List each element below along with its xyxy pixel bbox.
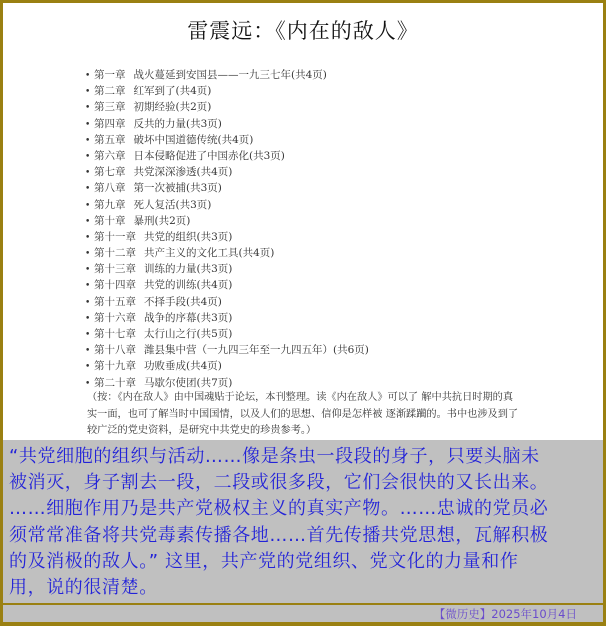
toc-item: •第十九章功败垂成(共4页)	[85, 358, 369, 374]
bullet-icon: •	[85, 359, 94, 375]
toc-item: •第十七章太行山之行(共5页)	[85, 326, 369, 342]
document-image: 雷震远：《内在的敌人》 •第一章战火蔓延到安国县——一九三七年(共4页) •第二…	[3, 3, 603, 440]
bullet-icon: •	[85, 343, 94, 359]
bullet-icon: •	[85, 295, 94, 311]
toc-item: •第四章反共的力量(共3页)	[85, 116, 369, 132]
divider	[3, 603, 603, 605]
toc-item: •第二十章马歇尔使团(共7页)	[85, 375, 369, 391]
bullet-icon: •	[85, 84, 94, 100]
document-title: 雷震远：《内在的敌人》	[3, 15, 603, 45]
quote-caption: “共党细胞的组织与活动……像是条虫一段段的身子，只要头脑未 被消灭，身子割去一段…	[9, 444, 599, 601]
toc-item: •第十章暴刑(共2页)	[85, 213, 369, 229]
editor-note: （按：《内在敌人》由中国魂贴于论坛，本刊整理。读《内在敌人》可以了 解中共抗日时…	[87, 390, 552, 440]
bullet-icon: •	[85, 262, 94, 278]
bullet-icon: •	[85, 117, 94, 133]
toc-item: •第十五章不择手段(共4页)	[85, 294, 369, 310]
bullet-icon: •	[85, 230, 94, 246]
bullet-icon: •	[85, 100, 94, 116]
toc-item: •第七章共党深深渗透(共4页)	[85, 164, 369, 180]
table-of-contents: •第一章战火蔓延到安国县——一九三七年(共4页) •第二章红军到了(共4页) •…	[85, 67, 369, 391]
bullet-icon: •	[85, 246, 94, 262]
bullet-icon: •	[85, 149, 94, 165]
bullet-icon: •	[85, 327, 94, 343]
toc-item: •第十一章共党的组织(共3页)	[85, 229, 369, 245]
bullet-icon: •	[85, 311, 94, 327]
toc-item: •第十八章潍县集中营（一九四三年至一九四五年）(共6页)	[85, 342, 369, 358]
post-frame: 雷震远：《内在的敌人》 •第一章战火蔓延到安国县——一九三七年(共4页) •第二…	[3, 3, 603, 622]
toc-item: •第六章日本侵略促进了中国赤化(共3页)	[85, 148, 369, 164]
bullet-icon: •	[85, 214, 94, 230]
toc-item: •第三章初期经验(共2页)	[85, 99, 369, 115]
bullet-icon: •	[85, 278, 94, 294]
bullet-icon: •	[85, 68, 94, 84]
toc-item: •第十四章共党的训练(共4页)	[85, 277, 369, 293]
bullet-icon: •	[85, 133, 94, 149]
toc-item: •第十二章共产主义的文化工具(共4页)	[85, 245, 369, 261]
toc-item: •第五章破坏中国道德传统(共4页)	[85, 132, 369, 148]
toc-item: •第二章红军到了(共4页)	[85, 83, 369, 99]
toc-item: •第八章第一次被捕(共3页)	[85, 180, 369, 196]
bullet-icon: •	[85, 198, 94, 214]
toc-item: •第十三章训练的力量(共3页)	[85, 261, 369, 277]
bullet-icon: •	[85, 181, 94, 197]
source-date-label: 【微历史】2025年10月4日	[434, 606, 577, 622]
toc-item: •第十六章战争的序幕(共3页)	[85, 310, 369, 326]
toc-item: •第一章战火蔓延到安国县——一九三七年(共4页)	[85, 67, 369, 83]
bullet-icon: •	[85, 165, 94, 181]
toc-item: •第九章死人复活(共3页)	[85, 197, 369, 213]
